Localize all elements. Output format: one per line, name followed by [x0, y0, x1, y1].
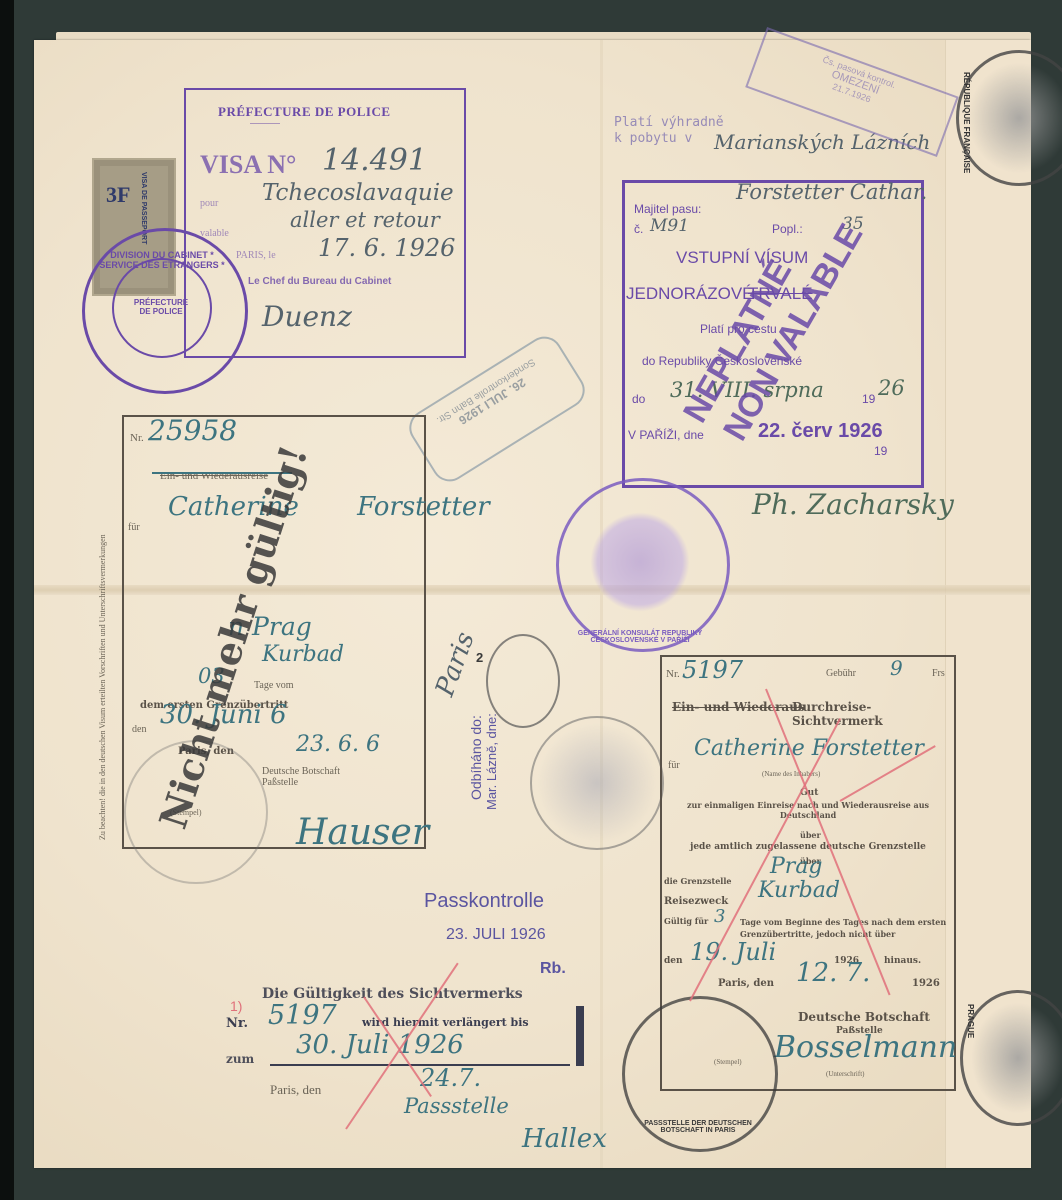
gv2-name-label: für — [668, 760, 680, 771]
gv1-days-label: Tage vom — [254, 680, 294, 691]
gv2-until-label: den — [664, 956, 683, 966]
visa-number: 14.491 — [322, 143, 427, 178]
gv2-until-suffix: hinaus. — [884, 956, 921, 966]
revenue-value: 3F — [106, 182, 130, 208]
extension-date: 24.7. — [420, 1064, 481, 1092]
extension-signature: Hallex — [522, 1124, 607, 1154]
gv2-title: Durchreise-Sichtvermerk — [792, 700, 892, 728]
french-seal-top-text: RÉPUBLIQUE FRANÇAISE — [962, 72, 971, 173]
extension-zum-label: zum — [226, 1052, 254, 1066]
passkontrolle-suffix: Rb. — [540, 960, 566, 978]
office-label: Le Chef du Bureau du Cabinet — [248, 276, 391, 287]
gv2-place-label: Paris, den — [718, 978, 774, 989]
gv2-clause1: zur einmaligen Einreise nach und Wiedera… — [664, 800, 952, 820]
consulate-seal-text: GENERÁLNÍ KONSULÁT REPUBLIKY ČESKOSLOVEN… — [560, 630, 720, 644]
marienbad-line2: Mar. Lázně, dne: — [484, 713, 499, 810]
divider — [250, 123, 280, 124]
lion-emblem-icon — [590, 512, 690, 612]
gv2-validity-text: Tage vom Beginne des Tages nach dem erst… — [740, 916, 952, 940]
gv2-issued-year: 1926 — [912, 978, 940, 989]
number-label: č. — [634, 222, 643, 236]
german-visa-side-text: Zu beachten! die in den deutschen Visum … — [98, 420, 110, 840]
gv1-number: 25958 — [148, 414, 237, 447]
gv2-office: Deutsche Botschaft — [798, 1010, 930, 1024]
residence-note-printed: Platí výhradně k pobytu v — [614, 115, 724, 147]
scan-edge — [0, 0, 14, 1200]
gv1-name-label: für — [128, 522, 140, 533]
visa-destination: Tchecoslavaquie — [262, 180, 454, 206]
gv2-clause2: jede amtlich zugelassene deutsche Grenzs… — [664, 842, 952, 852]
marienbad-line1: Odbíháno do: — [468, 715, 484, 800]
extension-office-signature: Passstelle — [404, 1094, 509, 1118]
fee-label: Popl.: — [772, 222, 803, 236]
gv2-purpose: Kurbad — [758, 878, 840, 903]
extension-nr-label: Nr. — [226, 1016, 248, 1031]
gv1-number-label: Nr. — [130, 432, 144, 444]
extension-place-label: Paris, den — [270, 1082, 321, 1098]
until-year-prefix: 19 — [862, 392, 875, 406]
gv1-until-label: den — [132, 724, 146, 735]
visa-validity: aller et retour — [290, 208, 440, 232]
until-label: do — [632, 392, 645, 406]
gv2-signature: Bosselmann — [774, 1030, 957, 1065]
gv2-days: 3 — [714, 906, 725, 927]
cabinet-seal-text: DIVISION DU CABINET * SERVICE DES ETRANG… — [96, 250, 228, 270]
gv1-purpose: Kurbad — [262, 642, 344, 667]
visa-title-2: JEDNORÁZOVÉ — [626, 284, 754, 304]
gv2-border: Prag — [770, 854, 823, 879]
gv2-issued-date: 12. 7. — [796, 958, 870, 988]
pour-label: pour — [200, 198, 218, 209]
visa-label: VISA N° — [200, 150, 296, 180]
issued-year-suffix: 19 — [874, 444, 887, 458]
gv2-until-date: 19. Juli — [690, 938, 776, 966]
consul-signature: Ph. Zacharsky — [752, 488, 954, 521]
gv2-embassy-seal-text: PASSSTELLE DER DEUTSCHEN BOTSCHAFT IN PA… — [628, 1120, 768, 1134]
gv2-border-label: die Grenzstelle — [664, 876, 731, 886]
until-year: 26 — [878, 376, 905, 400]
cabinet-seal-inner-text: PRÉFECTURE DE POLICE — [130, 298, 192, 316]
gv1-signature: Hauser — [296, 812, 429, 853]
visa-date: 17. 6. 1926 — [318, 234, 455, 262]
extension-marker: 1) — [230, 998, 242, 1014]
issued-date: 22. červ 1926 — [758, 420, 883, 443]
gv2-holder-name: Catherine Forstetter — [694, 736, 924, 761]
gv2-signature-caption: (Unterschrift) — [826, 1070, 864, 1078]
holder-name: Forstetter Cathar. — [736, 180, 927, 204]
czech-eagle-seal — [530, 716, 664, 850]
holder-label: Majitel pasu: — [634, 202, 701, 216]
prefecture-header: PRÉFECTURE DE POLICE — [218, 104, 391, 120]
gv1-issued-date: 23. 6. 6 — [296, 732, 380, 757]
prefecture-signature: Duenz — [262, 300, 352, 333]
gv1-office: Deutsche Botschaft Paßstelle — [262, 766, 342, 788]
french-seal-bottom-text: PRAGUE — [966, 1004, 975, 1038]
gv2-fee-unit: Frs — [932, 668, 945, 679]
scribble-loop — [486, 634, 560, 728]
extension-until-date: 30. Juli 1926 — [296, 1030, 464, 1060]
gv1-holder-name: Catherine Forstetter — [168, 492, 490, 522]
extension-extended-text: wird hiermit verlängert bis — [362, 1016, 529, 1029]
gv2-validity-label: Gültig für — [664, 916, 708, 926]
czech-visa-number: M91 — [650, 216, 689, 236]
passkontrolle-title: Passkontrolle — [424, 890, 544, 913]
place-label: PARIS, le — [236, 250, 276, 261]
gv2-fee-label: Gebühr — [826, 668, 856, 679]
gv2-number-label: Nr. — [666, 668, 680, 680]
gv2-fee: 9 — [890, 656, 903, 680]
marienbad-number: 2 — [476, 650, 483, 665]
gv2-number: 5197 — [682, 656, 743, 684]
extension-number: 5197 — [268, 1000, 337, 1031]
issued-label: V PAŘÍŽI, dne — [628, 428, 704, 442]
gv2-over-1: über — [800, 830, 821, 840]
visa-title-1: VSTUPNÍ VÍSUM — [676, 248, 808, 268]
passkontrolle-date: 23. JULI 1926 — [446, 926, 546, 944]
gv2-title-struck: Ein- und Wiederaus — [672, 700, 805, 714]
extension-box-edge — [576, 1006, 584, 1066]
